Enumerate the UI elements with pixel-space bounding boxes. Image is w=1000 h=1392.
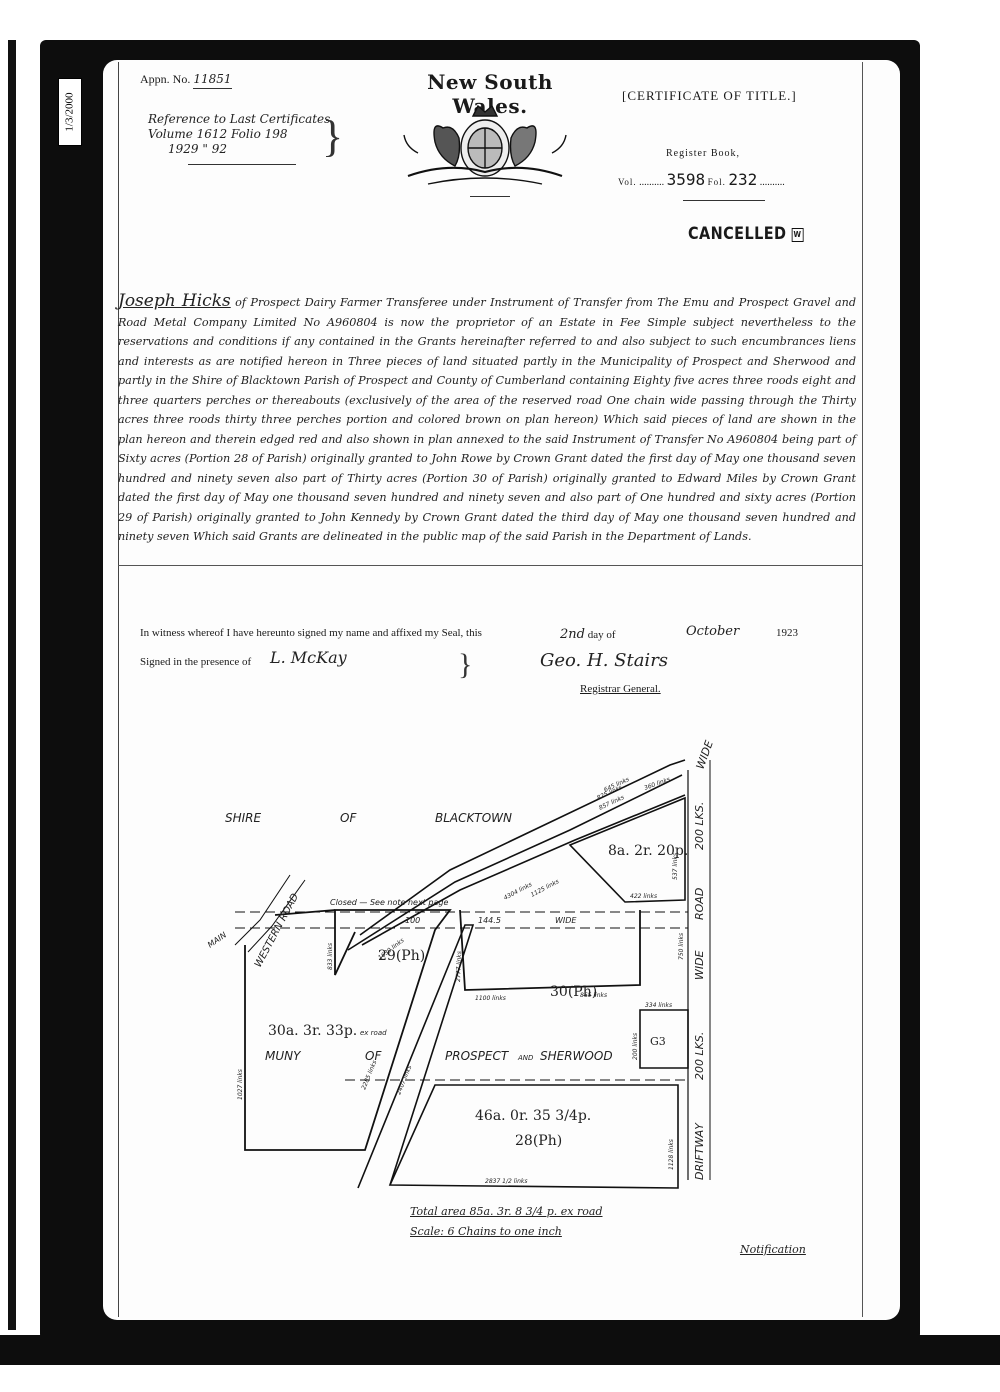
plan-dimension: 833 links bbox=[327, 943, 334, 970]
attestation-year: 1923 bbox=[776, 627, 798, 639]
scan-bottom-bar bbox=[0, 1335, 1000, 1365]
royal-coat-of-arms-icon bbox=[388, 98, 582, 190]
reference-rule bbox=[188, 164, 296, 165]
volume-value: 3598 bbox=[667, 170, 706, 189]
volume-rule bbox=[683, 200, 765, 201]
application-number: Appn. No. 11851 bbox=[140, 72, 232, 87]
total-area: Total area 85a. 3r. 8 3/4 p. ex road bbox=[410, 1205, 603, 1218]
plan-dimension: 537 links bbox=[672, 853, 679, 880]
plan-dimension: 865 links bbox=[580, 992, 607, 999]
witness-signature: L. McKay bbox=[270, 648, 347, 667]
proprietor-name: Joseph Hicks bbox=[118, 291, 231, 311]
plan-dimension: 200 links bbox=[632, 1033, 639, 1060]
certificate-type: [CERTIFICATE OF TITLE.] bbox=[622, 88, 797, 104]
plan-dimension: 1100 links bbox=[475, 995, 506, 1002]
lot-area-30a: 30a. 3r. 33p. bbox=[268, 1023, 357, 1039]
portion-28: 28(Ph) bbox=[515, 1133, 562, 1149]
label-chain-100: 100 bbox=[405, 916, 420, 925]
body-rule bbox=[118, 565, 862, 566]
cancelled-stamp: CANCELLEDW bbox=[688, 224, 803, 244]
stamp-mark: W bbox=[792, 228, 804, 242]
label-sherwood: SHERWOOD bbox=[540, 1049, 613, 1063]
signed-presence-label: Signed in the presence of bbox=[140, 656, 251, 668]
brace-icon: } bbox=[458, 650, 472, 680]
label-driftway: DRIFTWAY bbox=[693, 1122, 706, 1180]
plan-dimension: 334 links bbox=[645, 1002, 672, 1009]
label-closed-note: Closed — See note next page bbox=[330, 898, 448, 907]
folio-value: 232 bbox=[728, 170, 757, 189]
plan-dimension: 1128 links bbox=[668, 1139, 675, 1170]
crest-rule bbox=[470, 196, 510, 197]
label-prospect: PROSPECT bbox=[445, 1049, 510, 1063]
certificate-body-text: of Prospect Dairy Farmer Transferee unde… bbox=[118, 296, 856, 543]
plan-dimension: 2777 links bbox=[455, 951, 463, 982]
plan-scale: Scale: 6 Chains to one inch bbox=[410, 1225, 562, 1238]
lot-note-ex-road: ex road bbox=[360, 1029, 387, 1037]
label-chain-144: 144.5 bbox=[478, 916, 501, 925]
label-western-road: WESTERN ROAD bbox=[253, 892, 301, 970]
plan-dimension: 2285 links bbox=[360, 1059, 378, 1090]
label-shire: SHIRE bbox=[225, 811, 262, 825]
witness-clause: In witness whereof I have hereunto signe… bbox=[140, 627, 482, 639]
label-wide-bottom: WIDE bbox=[693, 950, 706, 980]
label-road-width-2: 200 LKS. bbox=[693, 1032, 706, 1080]
date-stamp: 1/3/2000 bbox=[58, 78, 82, 146]
plan-dimension: 750 links bbox=[678, 933, 685, 960]
attestation-day: 2nd day of bbox=[560, 627, 616, 642]
date-stamp-text: 1/3/2000 bbox=[64, 92, 76, 131]
portion-g3: G3 bbox=[650, 1035, 666, 1048]
notification-label: Notification bbox=[740, 1243, 806, 1256]
application-number-value: 11851 bbox=[193, 72, 231, 89]
lot-area-46a: 46a. 0r. 35 3/4p. bbox=[475, 1108, 591, 1124]
certificate-body: Joseph Hicks of Prospect Dairy Farmer Tr… bbox=[118, 292, 856, 547]
plan-dimension: 422 links bbox=[630, 893, 657, 900]
label-muny: MUNY bbox=[265, 1049, 302, 1063]
plan-dimension: 4304 links bbox=[503, 881, 534, 902]
plan-dimension: 1027 links bbox=[237, 1069, 244, 1100]
volume-folio: Vol. .......... 3598 Fol. 232 .......... bbox=[618, 170, 836, 189]
register-book-label: Register Book, bbox=[666, 148, 740, 159]
label-of: OF bbox=[340, 811, 357, 825]
scan-edge-strip bbox=[8, 40, 16, 1330]
registrar-signature: Geo. H. Stairs bbox=[540, 650, 668, 671]
label-wide-top: WIDE bbox=[694, 739, 716, 771]
label-main: MAIN bbox=[206, 930, 228, 949]
brace-icon: } bbox=[322, 115, 343, 159]
plan-dimension: 2837 1/2 links bbox=[485, 1178, 527, 1185]
attestation-month: October bbox=[686, 624, 739, 639]
label-blacktown: BLACKTOWN bbox=[435, 811, 512, 825]
registrar-title: Registrar General. bbox=[580, 683, 661, 695]
label-and: AND bbox=[517, 1054, 534, 1062]
plan-dimension: 360 links bbox=[643, 776, 671, 792]
reference-block: Reference to Last Certificates Volume 16… bbox=[148, 112, 330, 157]
label-wide-mid: WIDE bbox=[555, 916, 577, 925]
label-road: ROAD bbox=[693, 888, 706, 920]
plan-dimension: 1125 links bbox=[530, 878, 561, 899]
label-road-width: 200 LKS. bbox=[693, 802, 706, 850]
